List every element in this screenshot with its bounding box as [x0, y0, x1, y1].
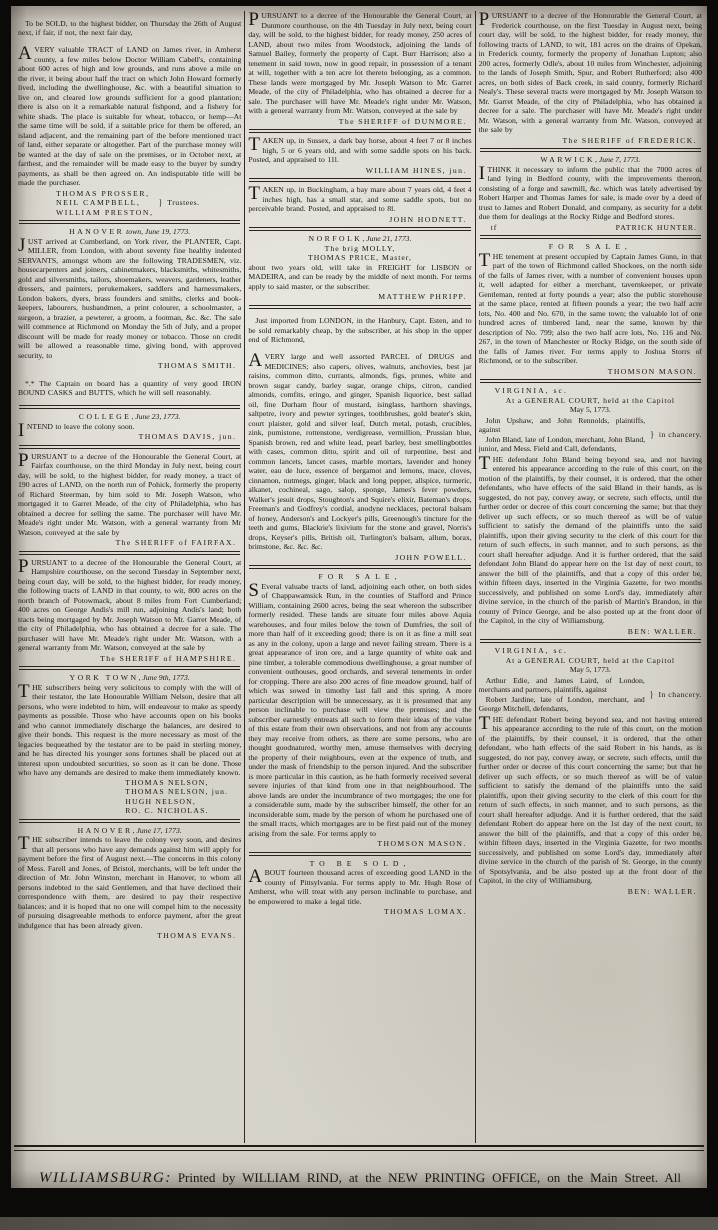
drop-cap: P	[248, 11, 261, 27]
ad-body: THE subscribers being very solicitous to…	[18, 683, 241, 778]
ad-body: PURSUANT to a decree of the Honourable t…	[248, 11, 471, 116]
dateline-date: , June 23, 1773.	[131, 412, 180, 421]
court-jurisdiction: VIRGINIA, sc.	[495, 646, 702, 656]
ad-separator-rule	[249, 305, 470, 309]
ad-signature: PATRICK HUNTER.	[616, 223, 697, 233]
ad-body: SEveral valuabe tracts of land, adjoinin…	[248, 582, 471, 839]
trustee-names: THOMAS PROSSER, NEIL CAMPBELL, WILLIAM P…	[56, 189, 154, 218]
ad-dateline: NORFOLK, June 21, 1773.	[248, 234, 471, 244]
ad-decree-hampshire: PURSUANT to a decree of the Honourable t…	[18, 558, 241, 664]
column-rule	[244, 11, 245, 1143]
ad-signature: The SHERIFF of FAIRFAX.	[18, 538, 241, 548]
ad-signature: The SHERIFF of DUNMORE.	[248, 117, 471, 127]
tf-mark: tf	[491, 223, 498, 233]
ad-signature: THOMSON MASON.	[479, 367, 702, 377]
drop-cap: T	[248, 136, 262, 152]
ad-body: about two years old, will take in FREIGH…	[248, 263, 471, 292]
parties-text: John Upshaw, and John Rennolds, plaintif…	[479, 416, 646, 454]
ad-body: AVERY valuable TRACT of LAND on James ri…	[18, 45, 241, 188]
ad-postscript: *.* The Captain on board has a quantity …	[18, 379, 241, 398]
ad-text: AKEN up, in Sussex, a dark bay horse, ab…	[248, 136, 471, 164]
ad-text: THINK it necessary to inform the public …	[479, 165, 702, 222]
ad-body: ITHINK it necessary to inform the public…	[479, 165, 702, 222]
ad-separator-rule	[19, 551, 240, 555]
court-jurisdiction: VIRGINIA, sc.	[495, 386, 702, 396]
photo-bottom-edge	[0, 1217, 718, 1230]
ad-richmond-tenement: FOR SALE, THE tenement at present occupi…	[479, 242, 702, 376]
drop-cap: J	[18, 237, 28, 253]
imprint-city: WILLIAMSBURG:	[39, 1170, 172, 1186]
chancery-parties: John Upshaw, and John Rennolds, plaintif…	[479, 416, 702, 454]
page-columns: To be SOLD, to the highest bidder, on Th…	[11, 6, 707, 1143]
ad-chancery-jardine: VIRGINIA, sc. At a GENERAL COURT, held a…	[479, 646, 702, 896]
column-3: PURSUANT to a decree of the Honourable t…	[479, 11, 702, 1143]
dateline-date: town, June 19, 1773.	[124, 227, 190, 236]
ad-text: NTEND to leave the colony soon.	[27, 422, 135, 431]
ad-dateline: WARWICK, June 7, 1773.	[479, 155, 702, 165]
dateline-place: HANOVER	[69, 227, 124, 236]
ad-text: URSUANT to a decree of the Honourable th…	[479, 11, 702, 134]
trustees-label: Trustees.	[167, 198, 199, 208]
ad-heading: To be SOLD, to the highest bidder, on Th…	[18, 19, 241, 38]
ad-separator-rule	[19, 666, 240, 670]
ad-signature: The SHERIFF of HAMPSHIRE.	[18, 654, 241, 664]
ad-body: THE defendant John Bland being beyond se…	[479, 455, 702, 626]
ad-text: HE subscriber intends to leave the colon…	[18, 835, 241, 930]
dateline-date: , June 21, 1773.	[362, 234, 411, 243]
ad-signature: THOMSON MASON.	[248, 839, 471, 849]
ad-body: INTEND to leave the colony soon.	[18, 422, 241, 432]
drop-cap: T	[479, 455, 493, 471]
ad-servants-hanover: HANOVER town, June 19, 1773. JUST arrive…	[18, 227, 241, 397]
ad-text: BOUT fourteen thousand acres of exceedin…	[248, 868, 471, 906]
brace-glyph: }	[650, 429, 654, 441]
ad-text: VERY large and well assorted PARCEL of D…	[248, 352, 471, 551]
drop-cap: A	[18, 45, 34, 61]
ad-land-amherst: To be SOLD, to the highest bidder, on Th…	[18, 19, 241, 218]
printer-imprint: WILLIAMSBURG:Printed by WILLIAM RIND, at…	[11, 1164, 707, 1188]
ad-signature: BEN: WALLER.	[479, 887, 702, 897]
ad-drugs-medicines: Just imported from LONDON, in the Hanbur…	[248, 316, 471, 562]
drop-cap: T	[248, 185, 262, 201]
court-date: May 5, 1773.	[479, 665, 702, 675]
trustee-name: NEIL CAMPBELL,	[56, 198, 154, 208]
ad-text: AKEN up, in Buckingham, a bay mare about…	[248, 185, 471, 213]
drop-cap: T	[479, 715, 493, 731]
ad-separator-rule	[480, 235, 701, 239]
drop-cap: S	[248, 582, 261, 598]
chancery-parties: Arthur Edie, and James Laird, of London,…	[479, 676, 702, 714]
drop-cap: I	[18, 422, 27, 438]
ad-signature: JOHN POWELL.	[248, 553, 471, 563]
ad-chancery-bland: VIRGINIA, sc. At a GENERAL COURT, held a…	[479, 386, 702, 636]
ad-heading: FOR SALE,	[479, 242, 702, 252]
ad-text: Everal valuabe tracts of land, adjoining…	[248, 582, 471, 838]
drop-cap: T	[479, 252, 493, 268]
drop-cap: P	[18, 452, 31, 468]
ad-chappawamsick-tracts: FOR SALE, SEveral valuabe tracts of land…	[248, 572, 471, 849]
ad-separator-rule	[19, 445, 240, 449]
ad-text: URSUANT to a decree of the Honourable th…	[248, 11, 471, 115]
defendants: John Bland, late of London, merchant, Jo…	[479, 435, 646, 454]
ad-text: HE tenement at present occupied by Capta…	[479, 252, 702, 366]
ad-body: THE defendant Robert being beyond sea, a…	[479, 715, 702, 886]
ad-text: VERY valuable TRACT of LAND on James riv…	[18, 45, 241, 187]
trustee-name: WILLIAM PRESTON,	[56, 208, 154, 218]
column-rule	[475, 11, 476, 1143]
ad-signature: BEN: WALLER.	[479, 627, 702, 637]
drop-cap: T	[18, 835, 32, 851]
ad-body: THE tenement at present occupied by Capt…	[479, 252, 702, 366]
ad-signature: THOMAS SMITH.	[18, 361, 241, 371]
footer-double-rule	[14, 1145, 704, 1151]
ad-dateline: COLLEGE, June 23, 1773.	[18, 412, 241, 422]
ad-text: UST arrived at Cumberland, on York river…	[18, 237, 241, 360]
ad-body: TAKEN up, in Buckingham, a bay mare abou…	[248, 185, 471, 214]
trustees-signature-block: THOMAS PROSSER, NEIL CAMPBELL, WILLIAM P…	[56, 189, 241, 218]
ad-text: HE subscribers being very solicitous to …	[18, 683, 241, 778]
ad-body: ABOUT fourteen thousand acres of exceedi…	[248, 868, 471, 906]
ad-separator-rule	[480, 148, 701, 152]
ad-intro: Just imported from LONDON, in the Hanbur…	[248, 316, 471, 345]
ad-body: PURSUANT to a decree of the Honourable t…	[18, 452, 241, 538]
drop-cap: P	[18, 558, 31, 574]
ad-text: URSUANT to a decree of the Honourable th…	[18, 452, 241, 537]
ad-signature-row: tf PATRICK HUNTER.	[479, 223, 702, 233]
dateline-date: , June 17, 1773.	[133, 826, 182, 835]
ad-pittsylvania-land: TO BE SOLD, ABOUT fourteen thousand acre…	[248, 859, 471, 917]
ad-decree-frederick: PURSUANT to a decree of the Honourable t…	[479, 11, 702, 145]
ad-separator-rule	[480, 379, 701, 383]
ad-nelson-estate: YORK TOWN, June 9th, 1773. THE subscribe…	[18, 673, 241, 816]
defendants: Robert Jardine, late of London, merchant…	[479, 695, 645, 714]
vessel-name-line: The brig MOLLY,	[248, 244, 471, 254]
ad-brig-molly: NORFOLK, June 21, 1773. The brig MOLLY, …	[248, 234, 471, 302]
court-session-line: At a GENERAL COURT, held at the Capitol	[479, 396, 702, 406]
ad-decree-dunmore: PURSUANT to a decree of the Honourable t…	[248, 11, 471, 126]
dateline-place: NORFOLK	[309, 234, 363, 243]
ad-separator-rule	[19, 220, 240, 224]
dateline-place: WARWICK	[540, 155, 595, 164]
drop-cap: A	[248, 868, 264, 884]
ad-body: PURSUANT to a decree of the Honourable t…	[18, 558, 241, 653]
ad-separator-rule	[19, 819, 240, 823]
column-1: To be SOLD, to the highest bidder, on Th…	[18, 11, 241, 1143]
trustee-name: THOMAS PROSSER,	[56, 189, 154, 199]
ad-signature: THOMAS LOMAX.	[248, 907, 471, 917]
parties-text: Arthur Edie, and James Laird, of London,…	[479, 676, 645, 714]
signatory: RO. C. NICHOLAS.	[125, 806, 241, 816]
court-session-line: At a GENERAL COURT, held at the Capitol	[479, 656, 702, 666]
ad-text: HE defendant John Bland being beyond sea…	[479, 455, 702, 626]
ad-body: PURSUANT to a decree of the Honourable t…	[479, 11, 702, 135]
ad-text: about two years old, will take in FREIGH…	[248, 263, 471, 291]
photographed-newspaper-page: { "glyphs": { "brace": "}" }, "cols": [ …	[0, 0, 718, 1230]
ad-text: URSUANT to a decree of the Honourable th…	[18, 558, 241, 653]
court-date: May 5, 1773.	[479, 405, 702, 415]
master-name-line: THOMAS PRICE, Master,	[248, 253, 471, 263]
ad-body: THE subscriber intends to leave the colo…	[18, 835, 241, 930]
ad-decree-fairfax: PURSUANT to a decree of the Honourable t…	[18, 452, 241, 548]
signature-list: THOMAS NELSON, THOMAS NELSON, jun. HUGH …	[125, 778, 241, 816]
drop-cap: P	[479, 11, 492, 27]
chancery-label: in chancery.	[659, 430, 702, 440]
drop-cap: T	[18, 683, 32, 699]
ad-heading: TO BE SOLD,	[248, 859, 471, 869]
plaintiffs: John Upshaw, and John Rennolds, plaintif…	[479, 416, 646, 435]
column-2: PURSUANT to a decree of the Honourable t…	[248, 11, 471, 1143]
ad-separator-rule	[249, 129, 470, 133]
signatory: HUGH NELSON,	[125, 797, 241, 807]
dateline-place: COLLEGE	[79, 412, 132, 421]
ad-separator-rule	[249, 852, 470, 856]
ad-signature: THOMAS DAVIS, jun.	[18, 432, 241, 442]
ad-heading: FOR SALE,	[248, 572, 471, 582]
signatory: THOMAS NELSON,	[125, 778, 241, 788]
ad-taken-up-buckingham: TAKEN up, in Buckingham, a bay mare abou…	[248, 185, 471, 224]
ad-body: JUST arrived at Cumberland, on York rive…	[18, 237, 241, 361]
ad-signature: THOMAS EVANS.	[18, 931, 241, 941]
ad-separator-rule	[249, 178, 470, 182]
dateline-place: HANOVER	[78, 826, 133, 835]
ad-dateline: YORK TOWN, June 9th, 1773.	[18, 673, 241, 683]
ad-evans-departure: HANOVER, June 17, 1773. THE subscriber i…	[18, 826, 241, 941]
ad-signature: JOHN HODNETT.	[248, 215, 471, 225]
ad-signature: MATTHEW PHRIPP.	[248, 292, 471, 302]
dateline-date: , June 9th, 1773.	[139, 673, 190, 682]
brace-glyph: }	[650, 689, 654, 701]
ad-signature: WILLIAM HINES, jun.	[248, 166, 471, 176]
ad-separator-rule	[480, 639, 701, 643]
signatory: THOMAS NELSON, jun.	[125, 787, 241, 797]
ad-body: TAKEN up, in Sussex, a dark bay horse, a…	[248, 136, 471, 165]
chancery-label: In chancery.	[658, 690, 702, 700]
drop-cap: A	[248, 352, 264, 368]
ad-dateline: HANOVER town, June 19, 1773.	[18, 227, 241, 237]
ad-text: HE defendant Robert being beyond sea, an…	[479, 715, 702, 886]
ad-taken-up-sussex: TAKEN up, in Sussex, a dark bay horse, a…	[248, 136, 471, 175]
brace-glyph: }	[159, 197, 163, 209]
ad-separator-rule	[249, 565, 470, 569]
dateline-place: YORK TOWN	[70, 673, 139, 682]
dateline-date: , June 7, 1773.	[595, 155, 640, 164]
ad-signature: The SHERIFF of FREDERICK.	[479, 136, 702, 146]
ad-separator-rule	[249, 227, 470, 231]
ad-body: AVERY large and well assorted PARCEL of …	[248, 352, 471, 552]
ad-warwick-notice: WARWICK, June 7, 1773. ITHINK it necessa…	[479, 155, 702, 232]
ad-dateline: HANOVER, June 17, 1773.	[18, 826, 241, 836]
ad-separator-rule	[19, 405, 240, 409]
newspaper-page: To be SOLD, to the highest bidder, on Th…	[11, 6, 707, 1188]
ad-college-notice: COLLEGE, June 23, 1773. INTEND to leave …	[18, 412, 241, 442]
plaintiffs: Arthur Edie, and James Laird, of London,…	[479, 676, 645, 695]
